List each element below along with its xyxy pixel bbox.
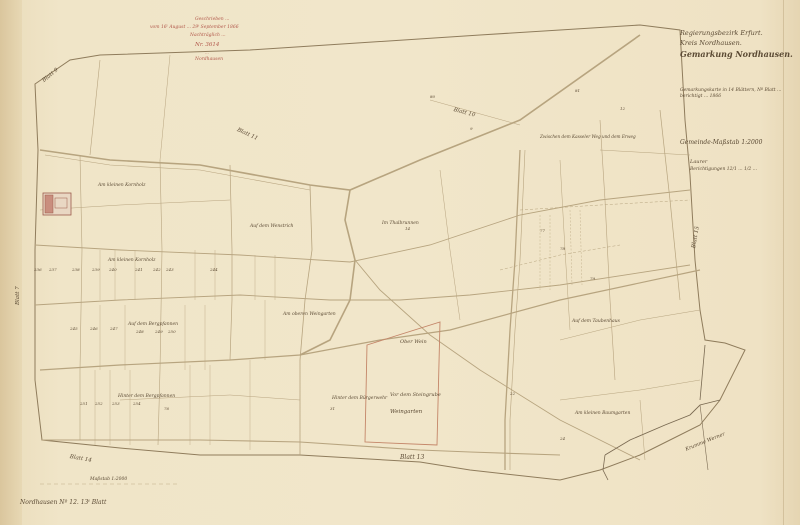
scale-label: Maßstab 1:2000 — [90, 478, 127, 483]
top-note-line-5: ... — [205, 51, 209, 55]
note-label: Laurer — [690, 160, 707, 165]
svg-text:14: 14 — [405, 226, 411, 231]
top-note-line-2: vom 16ᵗ August ... 29ᵗ September 1866 — [150, 26, 239, 31]
svg-text:245: 245 — [69, 326, 78, 331]
svg-text:243: 243 — [165, 267, 174, 272]
svg-text:9: 9 — [470, 126, 473, 131]
svg-text:76: 76 — [164, 406, 170, 411]
top-note-line-3: Nachträglich ... — [190, 34, 226, 39]
svg-text:238: 238 — [71, 267, 80, 272]
field-name: Hinter dem Bergpfannen — [118, 395, 175, 400]
sheet-ref-bottom-center: Blatt 13 — [400, 455, 424, 461]
svg-text:254: 254 — [132, 401, 141, 406]
svg-text:246: 246 — [89, 326, 98, 331]
field-name: Auf dem Wenstrich — [250, 225, 293, 230]
field-name: Auf dem Taubenhaus — [572, 320, 620, 325]
svg-text:24: 24 — [559, 436, 566, 441]
field-name: Weingarten — [390, 410, 422, 416]
svg-text:248: 248 — [135, 329, 144, 334]
svg-text:253: 253 — [111, 401, 120, 406]
svg-text:247: 247 — [109, 326, 118, 331]
svg-text:252: 252 — [94, 401, 103, 406]
sheet-ref-left: Blatt 7 — [16, 286, 22, 305]
svg-text:244: 244 — [209, 267, 218, 272]
sheet-label: Nordhausen Nº 12. 13ᵗ Blatt — [20, 500, 106, 506]
svg-text:250: 250 — [167, 329, 176, 334]
field-name: Auf dem Bergpfannen — [128, 323, 178, 328]
building-marker — [43, 193, 71, 215]
svg-text:77: 77 — [540, 228, 546, 233]
field-name: Ober Wein — [400, 340, 427, 345]
svg-text:249: 249 — [154, 329, 163, 334]
svg-text:80: 80 — [430, 94, 436, 99]
svg-text:81: 81 — [575, 88, 580, 93]
note-value: Berichtigungen 12/1 ... 1/2 ... — [690, 168, 757, 173]
top-note-line-6: Nordhausen — [195, 58, 223, 63]
field-name: Am oberen Weingarten — [283, 313, 336, 318]
svg-text:251: 251 — [79, 401, 88, 406]
svg-text:241: 241 — [134, 267, 143, 272]
field-name: Am kleinen Kornholz — [108, 259, 156, 264]
svg-text:237: 237 — [48, 267, 57, 272]
title-line-3: Gemarkung Nordhausen. — [680, 50, 793, 58]
svg-text:236: 236 — [33, 267, 42, 272]
svg-text:242: 242 — [152, 267, 161, 272]
title-signature: Gemeinde-Maßstab 1:2000 — [680, 140, 762, 146]
svg-text:78: 78 — [560, 246, 566, 251]
field-name: Am kleinen Kornholz — [98, 184, 146, 189]
svg-text:239: 239 — [91, 267, 100, 272]
svg-text:22: 22 — [509, 391, 516, 396]
field-name: Im Thalbrunnen — [382, 222, 419, 227]
svg-text:31: 31 — [330, 406, 335, 411]
field-name: Vor dem Steingrube — [390, 393, 441, 398]
top-note-line-4: Nr. 3614 — [195, 43, 219, 49]
svg-text:240: 240 — [108, 267, 117, 272]
field-name: Am kleinen Baumgarten — [575, 412, 630, 417]
title-line-1: Regierungsbezirk Erfurt. — [680, 30, 763, 37]
top-note-line-1: Geschrieben ... — [195, 18, 229, 23]
field-name: Zwischen dem Kasseler Weg und dem Erweg — [540, 135, 636, 139]
title-paragraph: Gemarkungskarte in 14 Blättern, Nº Blatt… — [680, 88, 790, 100]
title-line-2: Kreis Nordhausen. — [680, 40, 742, 47]
field-name: Hinter dem Bürgerwehr — [332, 397, 387, 402]
svg-text:12: 12 — [620, 106, 626, 111]
svg-text:79: 79 — [590, 276, 596, 281]
